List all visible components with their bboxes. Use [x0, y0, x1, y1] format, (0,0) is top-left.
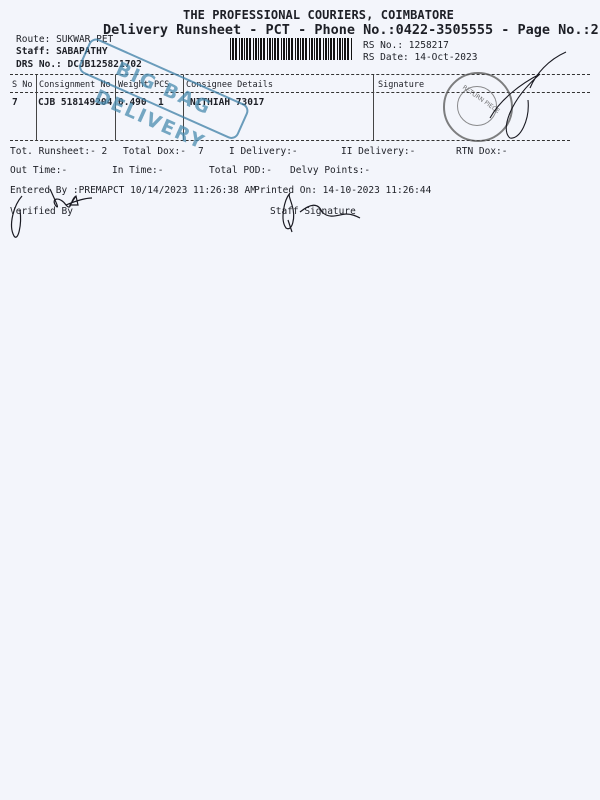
staff-signature-label: Staff Signature — [270, 206, 356, 217]
tot-runsheet: Tot. Runsheet:- 2 — [10, 146, 107, 157]
rs-date-label: RS Date: — [363, 52, 409, 63]
column-header-signature: Signature — [378, 80, 424, 90]
rs-no-value: 1258217 — [409, 40, 449, 51]
delvy-points: Delvy Points:- — [290, 165, 370, 176]
out-time: Out Time:- — [10, 165, 67, 176]
printed-on: Printed On: 14-10-2023 11:26:44 — [254, 185, 431, 196]
entered-by: Entered By :PREMAPCT 10/14/2023 11:26:38… — [10, 185, 256, 196]
company-title: THE PROFESSIONAL COURIERS, COIMBATORE — [183, 8, 454, 22]
drs-label: DRS No.: — [16, 59, 62, 70]
column-divider — [373, 75, 374, 140]
rs-date-value: 14-Oct-2023 — [415, 52, 478, 63]
route-label: Route: — [16, 34, 50, 45]
rs-no-label: RS No.: — [363, 40, 403, 51]
rs-date-line: RS Date: 14-Oct-2023 — [363, 52, 477, 63]
i-delivery: I Delivery:- — [229, 146, 298, 157]
runsheet-subtitle: Delivery Runsheet - PCT - Phone No.:0422… — [103, 22, 599, 38]
delivery-runsheet-document: THE PROFESSIONAL COURIERS, COIMBATORE De… — [0, 0, 600, 800]
ii-delivery: II Delivery:- — [341, 146, 415, 157]
rtn-dox: RTN Dox:- — [456, 146, 507, 157]
column-header-s-no: S No — [12, 80, 32, 90]
return-piece-stamp: RETURN PIECE — [443, 72, 513, 142]
rs-no-line: RS No.: 1258217 — [363, 40, 449, 51]
barcode — [230, 38, 352, 60]
total-pod: Total POD:- — [209, 165, 272, 176]
column-divider — [36, 75, 37, 140]
in-time: In Time:- — [112, 165, 163, 176]
cell-s-no: 7 — [12, 97, 18, 108]
verified-by: Verified By — [10, 206, 73, 217]
staff-label: Staff: — [16, 46, 50, 57]
